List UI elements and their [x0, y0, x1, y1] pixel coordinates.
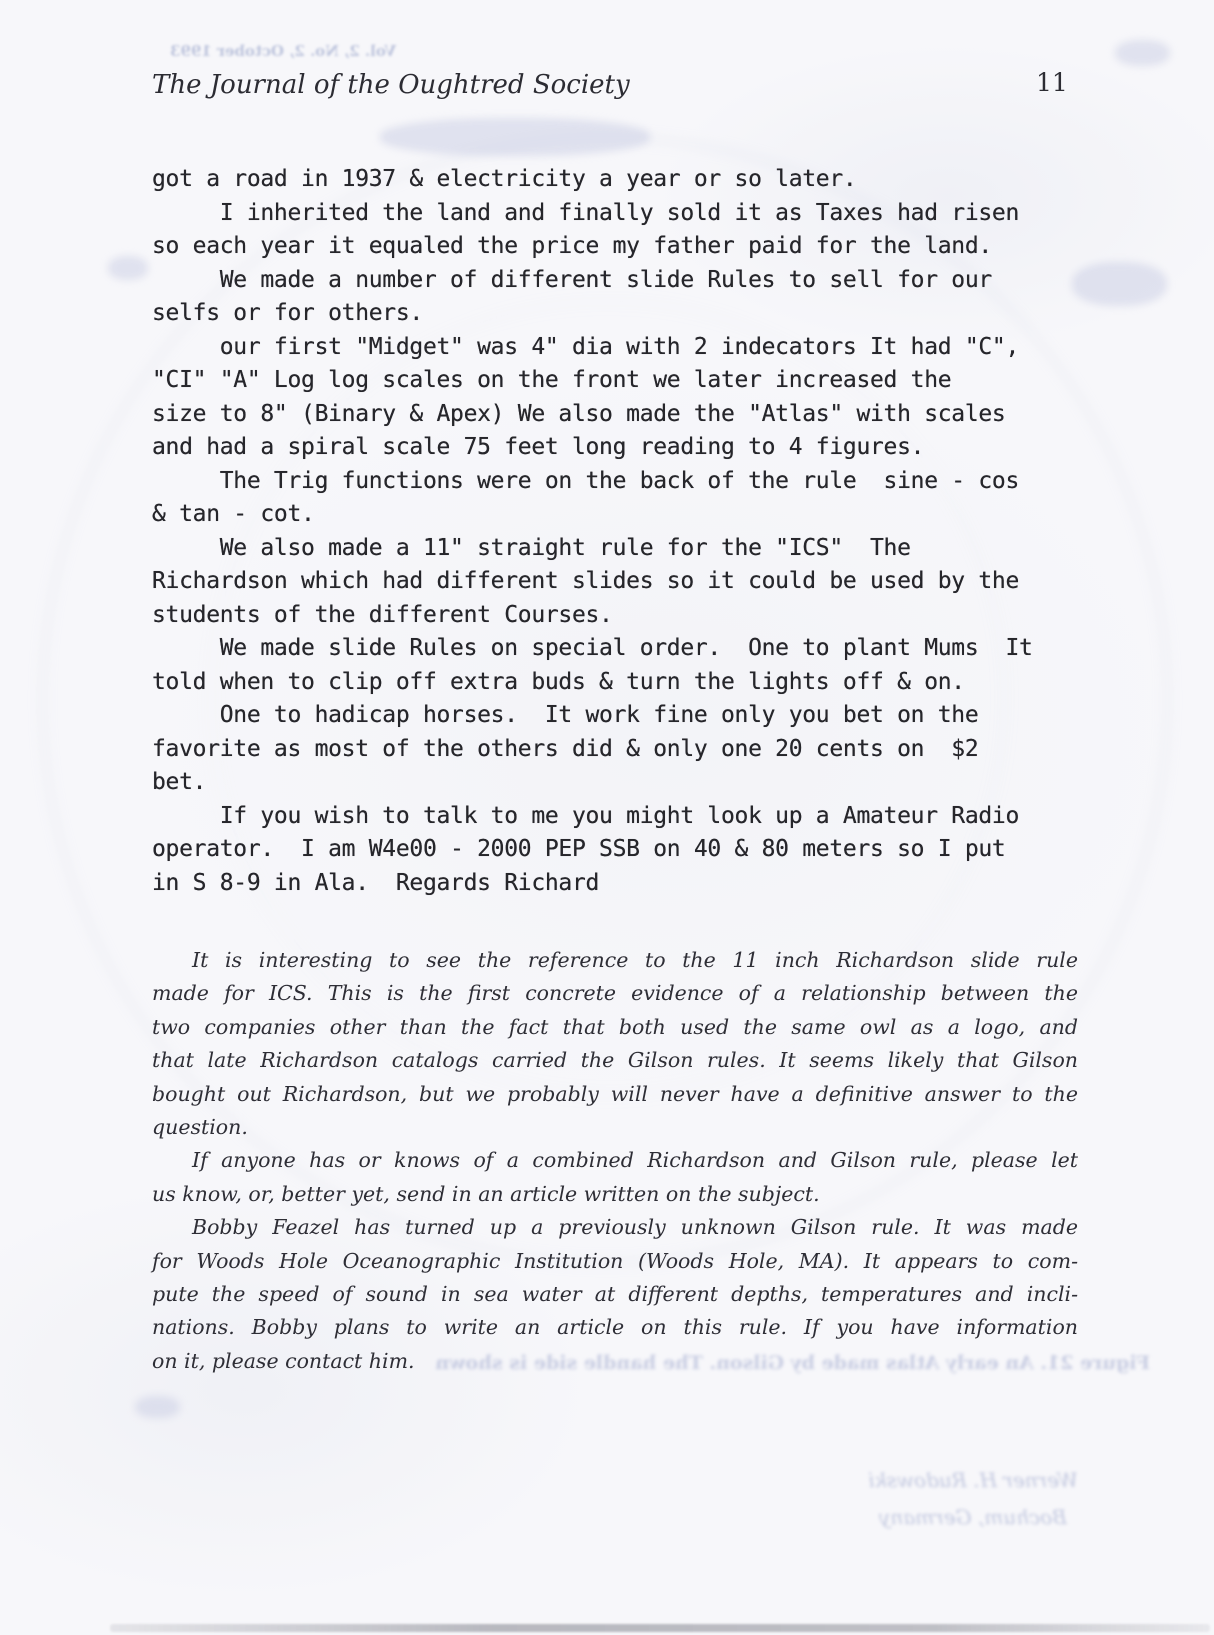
commentary-line: us know, or, better yet, send in an arti… [152, 1178, 1078, 1211]
commentary-line: If anyone has or knows of a combined Ric… [152, 1144, 1078, 1177]
ghost-figure-caption: Figure 21. An early Atlas made by Gilson… [380, 1352, 1150, 1375]
typewritten-letter-text: got a road in 1937 & electricity a year … [152, 163, 1033, 900]
ink-bleed-smudge [108, 256, 148, 280]
scan-edge-shadow [110, 1624, 1210, 1632]
ghost-volume-line: Vol. 2, No. 2, October 1993 [170, 44, 396, 59]
ghost-signature-place: Bochum, Germany [858, 1499, 1088, 1536]
commentary-line: two companies other than the fact that b… [152, 1011, 1078, 1044]
ink-bleed-smudge [135, 1396, 180, 1418]
commentary-line: for Woods Hole Oceanographic Institution… [152, 1245, 1078, 1278]
page-number: 11 [1036, 68, 1068, 98]
ink-bleed-smudge [380, 118, 650, 156]
editor-commentary: It is interesting to see the reference t… [152, 944, 1078, 1378]
commentary-line: made for ICS. This is the first concrete… [152, 977, 1078, 1010]
ink-bleed-smudge [1115, 40, 1170, 66]
commentary-line: that late Richardson catalogs carried th… [152, 1044, 1078, 1077]
ghost-signature: Werner H. Rudowski Bochum, Germany [858, 1462, 1088, 1536]
ghost-signature-name: Werner H. Rudowski [858, 1462, 1088, 1499]
scanned-journal-page: Vol. 2, No. 2, October 1993 The Journal … [0, 0, 1214, 1635]
commentary-line: question. [152, 1111, 1078, 1144]
commentary-line: It is interesting to see the reference t… [152, 944, 1078, 977]
ink-bleed-smudge [1072, 262, 1167, 306]
commentary-line: pute the speed of sound in sea water at … [152, 1278, 1078, 1311]
journal-title: The Journal of the Oughtred Society [152, 70, 630, 101]
commentary-line: bought out Richardson, but we probably w… [152, 1078, 1078, 1111]
commentary-line: nations. Bobby plans to write an article… [152, 1311, 1078, 1344]
commentary-line: Bobby Feazel has turned up a previously … [152, 1211, 1078, 1244]
